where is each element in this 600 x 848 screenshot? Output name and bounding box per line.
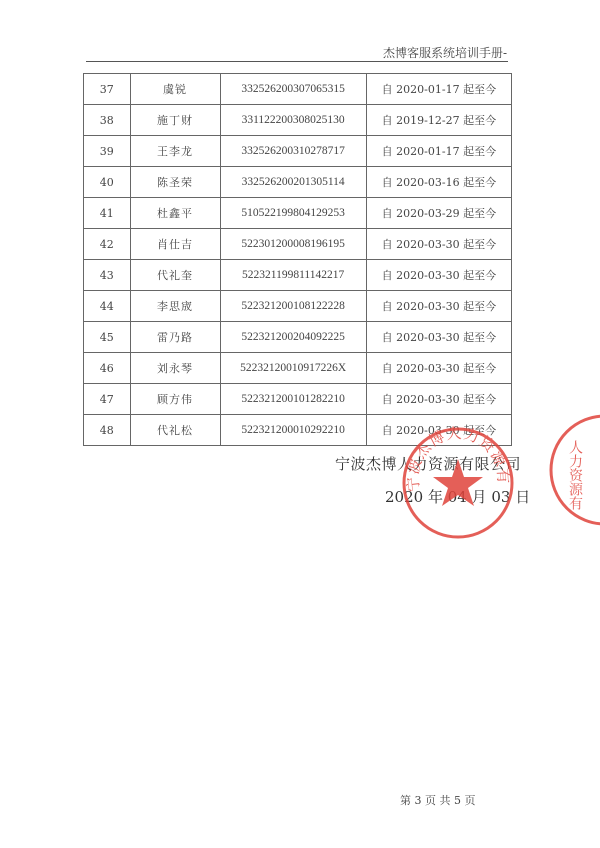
id-number: 52232120010917226X [220, 353, 366, 384]
table-row: 45雷乃路522321200204092225自 2020-03-30 起至今 [84, 322, 512, 353]
partial-seal-icon: 人力资源有 [545, 410, 600, 530]
header-divider [86, 61, 508, 62]
employee-name: 王李龙 [130, 136, 220, 167]
employment-period: 自 2020-03-30 起至今 [366, 353, 511, 384]
id-number: 522321200204092225 [220, 322, 366, 353]
row-number: 37 [84, 74, 131, 105]
employee-table: 37虞锐332526200307065315自 2020-01-17 起至今38… [83, 73, 512, 446]
employee-name: 李思宬 [130, 291, 220, 322]
table-row: 42肖仕吉522301200008196195自 2020-03-30 起至今 [84, 229, 512, 260]
employment-period: 自 2020-03-29 起至今 [366, 198, 511, 229]
employee-name: 雷乃路 [130, 322, 220, 353]
company-seal-icon: 宁波杰博人力资源有限公司 [400, 425, 516, 541]
employee-name: 代礼奎 [130, 260, 220, 291]
row-number: 38 [84, 105, 131, 136]
row-number: 45 [84, 322, 131, 353]
row-number: 46 [84, 353, 131, 384]
id-number: 522321200010292210 [220, 415, 366, 446]
employment-period: 自 2020-03-30 起至今 [366, 291, 511, 322]
table-row: 43代礼奎522321199811142217自 2020-03-30 起至今 [84, 260, 512, 291]
employee-name: 肖仕吉 [130, 229, 220, 260]
id-number: 522321199811142217 [220, 260, 366, 291]
id-number: 522301200008196195 [220, 229, 366, 260]
table-row: 37虞锐332526200307065315自 2020-01-17 起至今 [84, 74, 512, 105]
id-number: 332526200201305114 [220, 167, 366, 198]
id-number: 522321200108122228 [220, 291, 366, 322]
row-number: 40 [84, 167, 131, 198]
table-row: 38施丁财331122200308025130自 2019-12-27 起至今 [84, 105, 512, 136]
employee-name: 陈圣荣 [130, 167, 220, 198]
row-number: 39 [84, 136, 131, 167]
employee-name: 杜鑫平 [130, 198, 220, 229]
employment-period: 自 2020-01-17 起至今 [366, 74, 511, 105]
employee-name: 施丁财 [130, 105, 220, 136]
employment-period: 自 2020-03-16 起至今 [366, 167, 511, 198]
id-number: 522321200101282210 [220, 384, 366, 415]
employee-name: 顾方伟 [130, 384, 220, 415]
table-row: 44李思宬522321200108122228自 2020-03-30 起至今 [84, 291, 512, 322]
id-number: 331122200308025130 [220, 105, 366, 136]
employment-period: 自 2020-03-30 起至今 [366, 384, 511, 415]
employment-period: 自 2019-12-27 起至今 [366, 105, 511, 136]
table-row: 46刘永琴52232120010917226X自 2020-03-30 起至今 [84, 353, 512, 384]
employment-period: 自 2020-03-30 起至今 [366, 260, 511, 291]
row-number: 41 [84, 198, 131, 229]
id-number: 332526200310278717 [220, 136, 366, 167]
employee-name: 刘永琴 [130, 353, 220, 384]
employment-period: 自 2020-03-30 起至今 [366, 229, 511, 260]
document-header-title: 杰博客服系统培训手册- [383, 44, 507, 61]
table-row: 41杜鑫平510522199804129253自 2020-03-29 起至今 [84, 198, 512, 229]
table-row: 39王李龙332526200310278717自 2020-01-17 起至今 [84, 136, 512, 167]
row-number: 43 [84, 260, 131, 291]
employee-name: 虞锐 [130, 74, 220, 105]
employment-period: 自 2020-03-30 起至今 [366, 322, 511, 353]
table-row: 40陈圣荣332526200201305114自 2020-03-16 起至今 [84, 167, 512, 198]
employment-period: 自 2020-01-17 起至今 [366, 136, 511, 167]
row-number: 47 [84, 384, 131, 415]
page-number: 第 3 页 共 5 页 [400, 792, 475, 808]
svg-text:人力资源有: 人力资源有 [567, 440, 583, 510]
id-number: 510522199804129253 [220, 198, 366, 229]
employee-name: 代礼松 [130, 415, 220, 446]
table-row: 47顾方伟522321200101282210自 2020-03-30 起至今 [84, 384, 512, 415]
row-number: 42 [84, 229, 131, 260]
row-number: 48 [84, 415, 131, 446]
id-number: 332526200307065315 [220, 74, 366, 105]
row-number: 44 [84, 291, 131, 322]
